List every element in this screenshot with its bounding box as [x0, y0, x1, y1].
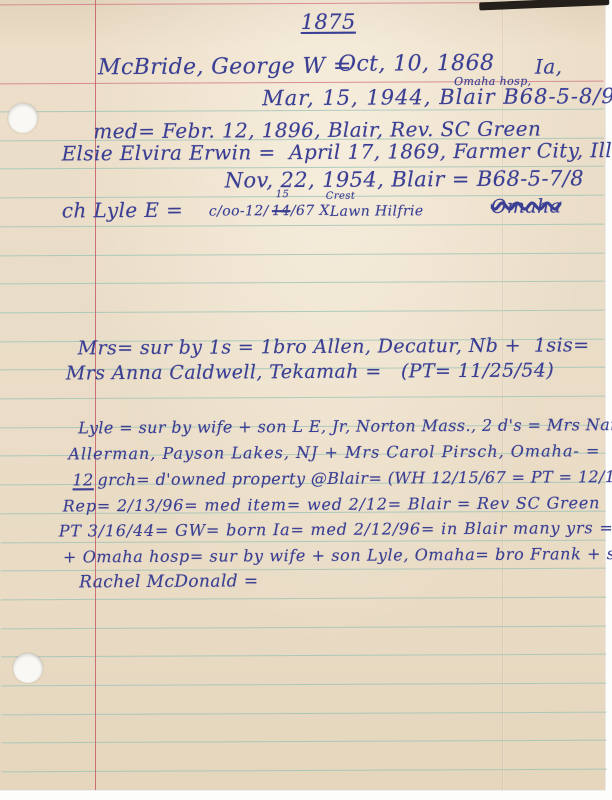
handwriting-grandchildren-note: grch= d'owned property @Blair= (WH 12/15…: [97, 467, 612, 489]
handwriting-mrs-survived-line2: Mrs Anna Caldwell, Tekamah = (PT= 11/25/…: [66, 359, 554, 384]
handwriting-children-city-scribbled: Omaha: [491, 195, 562, 217]
handwriting-mrs-survived-line1: Mrs= sur by 1s = 1bro Allen, Decatur, Nb…: [78, 334, 590, 359]
handwriting-children-label: ch Lyle E =: [62, 198, 184, 223]
handwriting-children-code-part2: /67 X: [291, 203, 330, 219]
handwriting-children-code-part1: c/oo-12/: [209, 203, 269, 219]
handwriting-birth-state: Ia,: [535, 54, 563, 78]
handwriting-grandchildren-count: 12: [72, 470, 93, 489]
handwriting-republican-newspaper-note: Rep= 2/13/96= med item= wed 2/12= Blair …: [63, 493, 601, 515]
handwriting-year-heading: 1875: [301, 10, 356, 34]
handwriting-spouse-line: Elsie Elvira Erwin = April 17, 1869, Far…: [61, 138, 612, 165]
handwriting-pt-obituary-line2: + Omaha hosp= sur by wife + son Lyle, Om…: [63, 544, 612, 566]
notebook-page: 1875McBride, George W =Oct, 10, 1868Ia,O…: [0, 0, 605, 790]
handwriting-lyle-survived-line2: Allerman, Payson Lakes, NJ + Mrs Carol P…: [68, 441, 600, 463]
handwriting-birth-date: Oct, 10, 1868: [338, 51, 495, 77]
handwriting-lyle-survived-line1: Lyle = sur by wife + son L E, Jr, Norton…: [78, 415, 612, 437]
handwriting-cemetery-name: Lawn Hilfrie: [330, 203, 424, 220]
handwriting-children-code-sup-day: 15: [276, 189, 290, 200]
handwriting-pt-obituary-line3: Rachel McDonald =: [79, 571, 258, 592]
handwriting-death-date-cemetery: Mar, 15, 1944, Blair B68-5-8/9: [262, 84, 612, 110]
handwriting-surname-given-name: McBride, George W =: [98, 54, 352, 81]
handwriting-pt-obituary-line1: PT 3/16/44= GW= born Ia= med 2/12/96= in…: [59, 518, 612, 540]
handwriting-layer: 1875McBride, George W =Oct, 10, 1868Ia,O…: [0, 0, 607, 792]
handwriting-children-code-struck-day: 14: [272, 203, 291, 219]
handwriting-cemetery-sup-word: Crest: [326, 191, 356, 202]
